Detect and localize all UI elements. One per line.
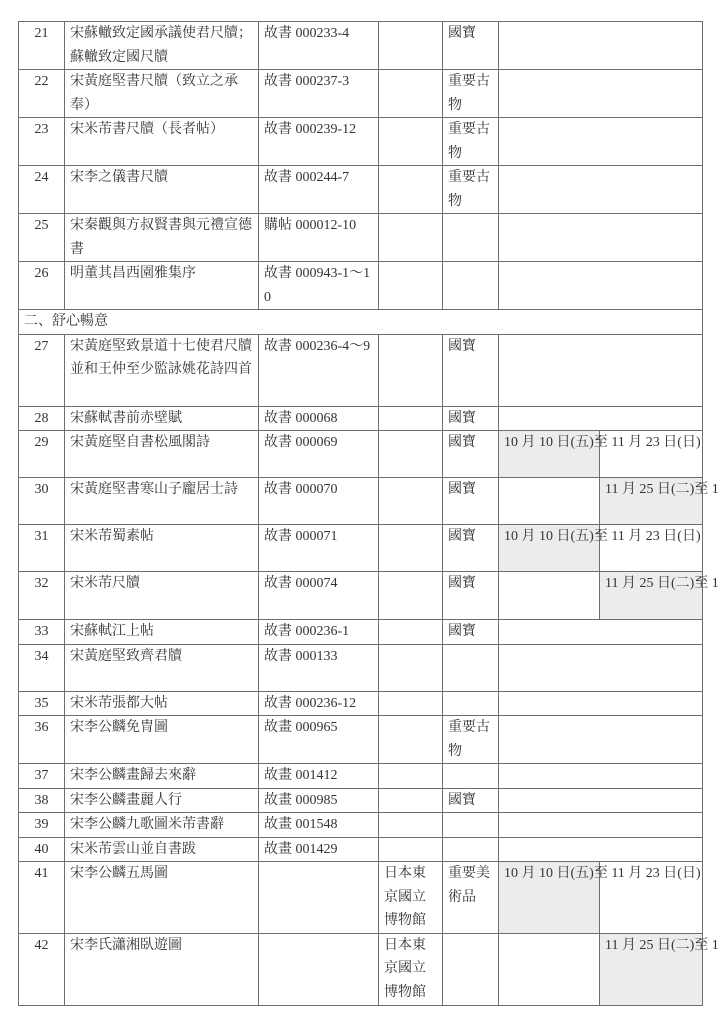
catalog-number: 故畫 000985	[259, 788, 379, 813]
table-row: 34宋黃庭堅致齊君牘故書 000133	[19, 644, 703, 691]
exhibit-period-second: 11 月 25 日(二)至 1 月 7 日(三)	[600, 572, 703, 620]
catalog-number	[259, 862, 379, 934]
catalog-number: 故書 000236-4～9	[259, 334, 379, 406]
item-number: 24	[19, 166, 65, 214]
table-row: 42宋李氏瀟湘臥遊圖日本東京國立博物館11 月 25 日(二)至 1 月 7 日…	[19, 933, 703, 1005]
heritage-grade: 重要美術品	[443, 862, 499, 934]
exhibit-period	[499, 406, 703, 431]
catalog-number: 故畫 000965	[259, 716, 379, 764]
table-row: 22宋黃庭堅書尺牘（致立之承奉）故書 000237-3重要古物	[19, 70, 703, 118]
owner-institution	[379, 837, 443, 862]
table-row: 32宋米芾尺牘故書 000074國寶11 月 25 日(二)至 1 月 7 日(…	[19, 572, 703, 620]
item-title: 明董其昌西園雅集序	[65, 262, 259, 310]
catalog-number: 故書 000133	[259, 644, 379, 691]
owner-institution	[379, 691, 443, 716]
catalog-number: 故書 000071	[259, 525, 379, 572]
section-heading: 二、舒心暢意	[19, 310, 703, 335]
exhibit-period	[499, 644, 703, 691]
item-number: 34	[19, 644, 65, 691]
exhibit-period	[499, 764, 703, 789]
item-title: 宋李之儀書尺牘	[65, 166, 259, 214]
catalog-number: 故書 000236-12	[259, 691, 379, 716]
heritage-grade: 國寶	[443, 572, 499, 620]
section-heading-row: 二、舒心暢意	[19, 310, 703, 335]
item-title: 宋米芾書尺牘（長者帖）	[65, 118, 259, 166]
table-row: 40宋米芾雲山並自書跋故畫 001429	[19, 837, 703, 862]
item-number: 29	[19, 431, 65, 478]
table-row: 37宋李公麟畫歸去來辭故畫 001412	[19, 764, 703, 789]
heritage-grade: 國寶	[443, 788, 499, 813]
heritage-grade: 重要古物	[443, 70, 499, 118]
exhibit-period	[499, 788, 703, 813]
exhibit-period	[499, 118, 703, 166]
table-row: 23宋米芾書尺牘（長者帖）故書 000239-12重要古物	[19, 118, 703, 166]
heritage-grade	[443, 262, 499, 310]
exhibit-period	[499, 214, 703, 262]
exhibit-period	[499, 716, 703, 764]
exhibit-period-first	[499, 478, 600, 525]
item-title: 宋黃庭堅書寒山子龐居士詩	[65, 478, 259, 525]
catalog-number: 故書 000244-7	[259, 166, 379, 214]
table-row: 24宋李之儀書尺牘故書 000244-7重要古物	[19, 166, 703, 214]
heritage-grade	[443, 813, 499, 838]
owner-institution	[379, 764, 443, 789]
owner-institution	[379, 118, 443, 166]
heritage-grade: 國寶	[443, 334, 499, 406]
catalog-number: 故書 000239-12	[259, 118, 379, 166]
table-row: 28宋蘇軾書前赤壁賦故書 000068國寶	[19, 406, 703, 431]
heritage-grade: 國寶	[443, 525, 499, 572]
table-body-part1: 21宋蘇轍致定國承議使君尺牘；蘇轍致定國尺牘故書 000233-4國寶22宋黃庭…	[19, 22, 703, 310]
section-row-group: 二、舒心暢意	[19, 310, 703, 335]
heritage-grade: 國寶	[443, 478, 499, 525]
exhibit-period	[499, 334, 703, 406]
item-title: 宋李公麟免冑圖	[65, 716, 259, 764]
item-title: 宋李公麟九歌圖米芾書辭	[65, 813, 259, 838]
item-number: 21	[19, 22, 65, 70]
item-number: 39	[19, 813, 65, 838]
table-row: 25宋秦觀與方叔賢書與元禮宣德書購帖 000012-10	[19, 214, 703, 262]
item-number: 33	[19, 620, 65, 645]
item-number: 27	[19, 334, 65, 406]
item-number: 38	[19, 788, 65, 813]
item-number: 41	[19, 862, 65, 934]
owner-institution	[379, 620, 443, 645]
item-title: 宋米芾蜀素帖	[65, 525, 259, 572]
table-row: 26明董其昌西園雅集序故書 000943-1～10	[19, 262, 703, 310]
catalog-number: 故畫 001412	[259, 764, 379, 789]
item-number: 23	[19, 118, 65, 166]
catalog-number: 故書 000074	[259, 572, 379, 620]
heritage-grade: 重要古物	[443, 716, 499, 764]
table-row: 38宋李公麟畫麗人行故畫 000985國寶	[19, 788, 703, 813]
exhibit-period-first	[499, 933, 600, 1005]
heritage-grade	[443, 764, 499, 789]
owner-institution	[379, 70, 443, 118]
table-row: 36宋李公麟免冑圖故畫 000965重要古物	[19, 716, 703, 764]
exhibit-list-table: 21宋蘇轍致定國承議使君尺牘；蘇轍致定國尺牘故書 000233-4國寶22宋黃庭…	[18, 21, 703, 1006]
owner-institution	[379, 166, 443, 214]
owner-institution	[379, 572, 443, 620]
exhibit-period-first: 10 月 10 日(五)至 11 月 23 日(日)	[499, 525, 600, 572]
exhibit-period	[499, 262, 703, 310]
table-row: 31宋米芾蜀素帖故書 000071國寶10 月 10 日(五)至 11 月 23…	[19, 525, 703, 572]
owner-institution	[379, 431, 443, 478]
exhibit-period-second: 11 月 25 日(二)至 1 月 7 日(三)	[600, 478, 703, 525]
owner-institution	[379, 644, 443, 691]
catalog-number	[259, 933, 379, 1005]
item-number: 22	[19, 70, 65, 118]
table-row: 30宋黃庭堅書寒山子龐居士詩故書 000070國寶11 月 25 日(二)至 1…	[19, 478, 703, 525]
item-title: 宋黃庭堅自書松風閣詩	[65, 431, 259, 478]
owner-institution	[379, 525, 443, 572]
catalog-number: 故書 000069	[259, 431, 379, 478]
owner-institution	[379, 813, 443, 838]
owner-institution	[379, 334, 443, 406]
item-number: 32	[19, 572, 65, 620]
item-number: 35	[19, 691, 65, 716]
owner-institution	[379, 716, 443, 764]
item-number: 25	[19, 214, 65, 262]
heritage-grade	[443, 837, 499, 862]
owner-institution	[379, 214, 443, 262]
item-title: 宋黃庭堅致景道十七使君尺牘並和王仲至少監詠姚花詩四首	[65, 334, 259, 406]
item-number: 30	[19, 478, 65, 525]
heritage-grade: 重要古物	[443, 118, 499, 166]
item-number: 26	[19, 262, 65, 310]
exhibit-period	[499, 691, 703, 716]
heritage-grade: 國寶	[443, 431, 499, 478]
item-title: 宋米芾張都大帖	[65, 691, 259, 716]
item-title: 宋李公麟畫歸去來辭	[65, 764, 259, 789]
table-row: 33宋蘇軾江上帖故書 000236-1國寶	[19, 620, 703, 645]
table-row: 39宋李公麟九歌圖米芾書辭故畫 001548	[19, 813, 703, 838]
item-number: 36	[19, 716, 65, 764]
owner-institution	[379, 478, 443, 525]
item-title: 宋黃庭堅書尺牘（致立之承奉）	[65, 70, 259, 118]
item-number: 42	[19, 933, 65, 1005]
item-title: 宋黃庭堅致齊君牘	[65, 644, 259, 691]
item-number: 40	[19, 837, 65, 862]
item-title: 宋蘇轍致定國承議使君尺牘；蘇轍致定國尺牘	[65, 22, 259, 70]
table-row: 41宋李公麟五馬圖日本東京國立博物館重要美術品10 月 10 日(五)至 11 …	[19, 862, 703, 934]
owner-institution: 日本東京國立博物館	[379, 862, 443, 934]
item-title: 宋秦觀與方叔賢書與元禮宣德書	[65, 214, 259, 262]
exhibit-period-first: 10 月 10 日(五)至 11 月 23 日(日)	[499, 862, 600, 934]
heritage-grade	[443, 214, 499, 262]
exhibit-period-first: 10 月 10 日(五)至 11 月 23 日(日)	[499, 431, 600, 478]
table-row: 29宋黃庭堅自書松風閣詩故書 000069國寶10 月 10 日(五)至 11 …	[19, 431, 703, 478]
catalog-number: 故畫 001548	[259, 813, 379, 838]
item-title: 宋李氏瀟湘臥遊圖	[65, 933, 259, 1005]
heritage-grade: 國寶	[443, 406, 499, 431]
exhibit-period	[499, 70, 703, 118]
owner-institution	[379, 22, 443, 70]
catalog-number: 故書 000237-3	[259, 70, 379, 118]
item-title: 宋李公麟畫麗人行	[65, 788, 259, 813]
heritage-grade: 國寶	[443, 22, 499, 70]
item-number: 31	[19, 525, 65, 572]
catalog-number: 故書 000233-4	[259, 22, 379, 70]
catalog-number: 故書 000236-1	[259, 620, 379, 645]
item-number: 37	[19, 764, 65, 789]
catalog-number: 故書 000070	[259, 478, 379, 525]
catalog-number: 故書 000068	[259, 406, 379, 431]
item-title: 宋米芾尺牘	[65, 572, 259, 620]
exhibit-period-first	[499, 572, 600, 620]
item-title: 宋蘇軾書前赤壁賦	[65, 406, 259, 431]
table-row: 21宋蘇轍致定國承議使君尺牘；蘇轍致定國尺牘故書 000233-4國寶	[19, 22, 703, 70]
owner-institution	[379, 262, 443, 310]
item-title: 宋米芾雲山並自書跋	[65, 837, 259, 862]
heritage-grade: 國寶	[443, 620, 499, 645]
exhibit-period	[499, 22, 703, 70]
heritage-grade	[443, 691, 499, 716]
catalog-number: 購帖 000012-10	[259, 214, 379, 262]
table-body-part2: 27宋黃庭堅致景道十七使君尺牘並和王仲至少監詠姚花詩四首故書 000236-4～…	[19, 334, 703, 1005]
catalog-number: 故畫 001429	[259, 837, 379, 862]
exhibit-period	[499, 813, 703, 838]
heritage-grade: 重要古物	[443, 166, 499, 214]
catalog-number: 故書 000943-1～10	[259, 262, 379, 310]
owner-institution	[379, 406, 443, 431]
exhibit-period	[499, 620, 703, 645]
owner-institution: 日本東京國立博物館	[379, 933, 443, 1005]
item-title: 宋李公麟五馬圖	[65, 862, 259, 934]
item-title: 宋蘇軾江上帖	[65, 620, 259, 645]
exhibit-period	[499, 837, 703, 862]
owner-institution	[379, 788, 443, 813]
heritage-grade	[443, 644, 499, 691]
table-row: 27宋黃庭堅致景道十七使君尺牘並和王仲至少監詠姚花詩四首故書 000236-4～…	[19, 334, 703, 406]
exhibit-period	[499, 166, 703, 214]
heritage-grade	[443, 933, 499, 1005]
exhibit-period-second: 11 月 25 日(二)至 1 月 7 日(三)	[600, 933, 703, 1005]
item-number: 28	[19, 406, 65, 431]
table-row: 35宋米芾張都大帖故書 000236-12	[19, 691, 703, 716]
